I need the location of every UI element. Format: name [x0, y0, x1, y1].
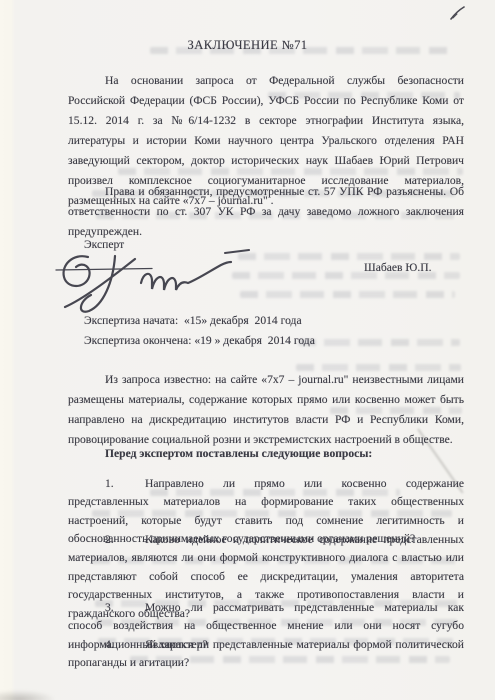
document-page: ЗАКЛЮЧЕНИЕ №71 На основании запроса от Ф…: [0, 0, 495, 700]
bleed-through-line: [240, 291, 455, 298]
question-number: 4.: [105, 636, 145, 655]
page-title: ЗАКЛЮЧЕНИЕ №71: [0, 35, 495, 55]
scan-smudge: [0, 690, 56, 700]
questions-heading: Перед экспертом поставлены следующие воп…: [105, 444, 372, 464]
expert-name: Шабаев Ю.П.: [364, 258, 432, 278]
paragraph-rights: Права и обязанности, предусмотренные ст.…: [68, 182, 464, 242]
bleed-through-line: [298, 339, 460, 346]
expertise-start-date: Экспертиза начата: «15» декабря 2014 год…: [84, 311, 302, 331]
expertise-end-date: Экспертиза окончена: «19 » декабря 2014 …: [84, 331, 315, 351]
signature: [55, 243, 257, 321]
pen-tick-mark: [449, 6, 467, 22]
question-item: 4.Являются ли представленные материалы ф…: [68, 636, 464, 673]
question-number: 2.: [105, 531, 145, 550]
paragraph-request: Из запроса известно: на сайте «7x7 – jou…: [68, 370, 464, 450]
question-number: 3.: [105, 599, 145, 618]
question-number: 1.: [105, 475, 145, 494]
